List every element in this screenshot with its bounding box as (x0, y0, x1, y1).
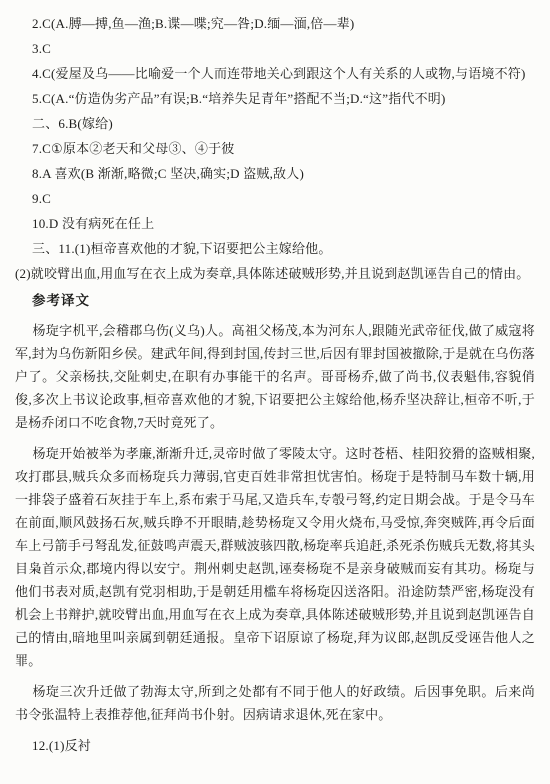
answer-line-8: 8.A 喜欢(B 渐渐,略微;C 坚决,确实;D 盗贼,敌人) (15, 162, 535, 185)
reference-translation-heading: 参考译文 (15, 289, 535, 312)
answer-line-9: 9.C (15, 187, 535, 210)
translation-paragraph-3: 杨琁三次升迁做了勃海太守,所到之处都有不同于他人的好政绩。后因事免职。后来尚书令… (15, 680, 535, 726)
answer-line-7: 7.C①原本②老天和父母③、④于彼 (15, 137, 535, 160)
answer-line-5: 5.C(A.“仿造伪劣产品”有误;B.“培养失足青年”搭配不当;D.“这”指代不… (15, 87, 535, 110)
answer-line-10: 10.D 没有病死在任上 (15, 212, 535, 235)
translation-paragraph-1: 杨琁字机平,会稽郡乌伤(义乌)人。高祖父杨茂,本为河东人,跟随光武帝征伐,做了威… (15, 319, 535, 434)
answer-line-6: 二、6.B(嫁给) (15, 112, 535, 135)
answer-line-11-2: (2)就咬臂出血,用血写在衣上成为奏章,具体陈述破贼形势,并且说到赵凯诬告自己的… (15, 262, 535, 285)
translation-paragraph-2: 杨琁开始被举为孝廉,渐渐升迁,灵帝时做了零陵太守。这时苍梧、桂阳狡猾的盗贼相聚,… (15, 442, 535, 672)
answer-line-4: 4.C(爱屋及乌——比喻爱一个人而连带地关心到跟这个人有关系的人或物,与语境不符… (15, 62, 535, 85)
scanned-answer-sheet: 2.C(A.膊—搏,鱼—渔;B.谍—喋;究—咎;D.缅—湎,倍—辈) 3.C 4… (0, 0, 550, 784)
answer-line-11-1: 三、11.(1)桓帝喜欢他的才貌,下诏要把公主嫁给他。 (15, 237, 535, 260)
answer-line-3: 3.C (15, 37, 535, 60)
answer-line-12: 12.(1)反衬 (15, 734, 535, 757)
answer-key-section: 2.C(A.膊—搏,鱼—渔;B.谍—喋;究—咎;D.缅—湎,倍—辈) 3.C 4… (15, 12, 535, 285)
answer-line-2: 2.C(A.膊—搏,鱼—渔;B.谍—喋;究—咎;D.缅—湎,倍—辈) (15, 12, 535, 35)
reference-translation-section: 杨琁字机平,会稽郡乌伤(义乌)人。高祖父杨茂,本为河东人,跟随光武帝征伐,做了威… (15, 319, 535, 726)
